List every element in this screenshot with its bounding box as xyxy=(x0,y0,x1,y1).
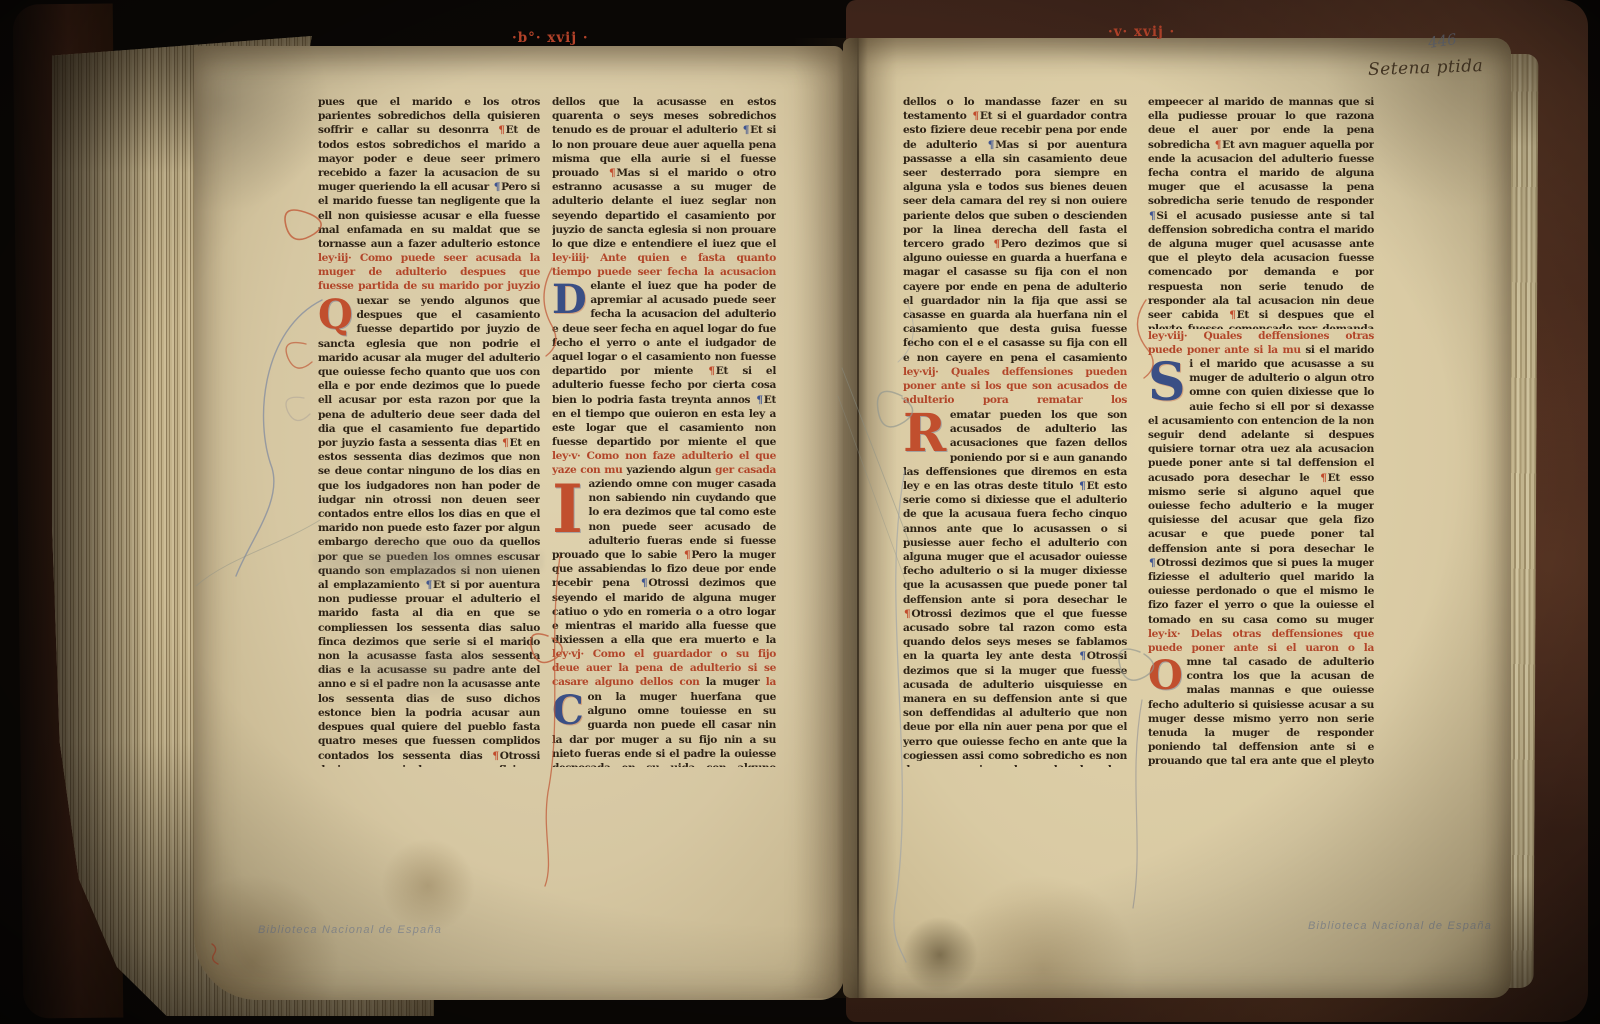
body-text: Et esto serie como si dixiesse que el ad… xyxy=(903,480,1127,606)
paragraph-mark: ¶ xyxy=(755,394,763,406)
manuscript-text-block: ley·ix· Delas otras deffensiones que pue… xyxy=(1148,627,1374,655)
manuscript-text-block: ley·vij· Quales deffensiones pueden pone… xyxy=(903,365,1127,408)
manuscript-text-block: Con la muger huerfana que alguno omne to… xyxy=(552,690,776,767)
paragraph-mark: ¶ xyxy=(491,750,499,762)
manuscript-text-block: Si el marido que acusasse a su muger de … xyxy=(1148,357,1374,627)
paragraph-mark: ¶ xyxy=(992,238,1000,250)
manuscript-text-block: dellos o lo mandasse fazer en su testame… xyxy=(903,95,1127,365)
paragraph-mark: ¶ xyxy=(972,110,980,122)
illuminated-initial-I: I xyxy=(552,478,583,540)
body-text: Otrossi dezimos que si la muger que fues… xyxy=(903,650,1127,767)
library-watermark-right: Biblioteca Nacional de España xyxy=(1308,920,1492,932)
text-column-left-a: pues que el marido e los otros parientes… xyxy=(318,95,540,767)
manuscript-text-block: Omne tal casado de adulterio contra los … xyxy=(1148,655,1374,767)
manuscript-text-block: Quexar se yendo algunos que despues que … xyxy=(318,294,540,767)
paragraph-mark: ¶ xyxy=(707,365,715,377)
paragraph-mark: ¶ xyxy=(497,124,505,136)
rubric-text: ley·vij· Quales deffensiones pueden pone… xyxy=(903,366,1127,408)
body-text: Et en estos sessenta dias dezimos que no… xyxy=(318,437,540,591)
manuscript-text-block: Rematar pueden los que son acusados de a… xyxy=(903,408,1127,767)
paragraph-mark: ¶ xyxy=(1078,480,1086,492)
manuscript-text-block: ley·v· Como non faze adulterio el que ya… xyxy=(552,449,776,477)
library-watermark-left: Biblioteca Nacional de España xyxy=(258,924,442,936)
body-text: si el marido xyxy=(1305,344,1374,356)
body-text: Mas si el marido o otro estranno acusass… xyxy=(552,167,776,251)
text-column-right-a: dellos o lo mandasse fazer en su testame… xyxy=(903,95,1127,767)
manuscript-text-block: ley·viij· Quales deffensiones otras pued… xyxy=(1148,329,1374,357)
manuscript-text-block: ley·vj· Como el guardador o su fijo deue… xyxy=(552,647,776,690)
paragraph-mark: ¶ xyxy=(425,579,433,591)
rubric-text: ley·ix· Delas otras deffensiones que pue… xyxy=(1148,628,1374,655)
paragraph-mark: ¶ xyxy=(493,181,501,193)
body-text: Mas si por auentura passasse a ella sin … xyxy=(903,139,1127,250)
section-title: Setena ptida xyxy=(1368,56,1484,80)
illuminated-initial-Q: Q xyxy=(318,295,353,335)
paragraph-mark: ¶ xyxy=(1228,309,1236,321)
running-header-left: ·b°· xvij · xyxy=(512,30,589,46)
illuminated-initial-D: D xyxy=(552,280,586,320)
rubric-text: ley·iiij· Ante quien e fasta quanto tiem… xyxy=(552,252,776,279)
illuminated-initial-R: R xyxy=(903,409,946,459)
manuscript-text-block: dellos que la acusasse en estos quarenta… xyxy=(552,95,776,251)
manuscript-text-block: ley·iij· Como puede seer acusada la muge… xyxy=(318,251,540,294)
illuminated-initial-O: O xyxy=(1148,656,1183,696)
paragraph-mark: ¶ xyxy=(987,139,995,151)
paragraph-mark: ¶ xyxy=(742,124,750,136)
manuscript-text-block: pues que el marido e los otros parientes… xyxy=(318,95,540,251)
body-text: Si el acusado pusiesse ante si tal deffe… xyxy=(1148,210,1374,321)
running-header-right: ·v· xvij · xyxy=(1108,24,1175,40)
rubric-text: ley·iij· Como puede seer acusada la muge… xyxy=(318,252,540,294)
body-text: Et si por auentura non pudiesse prouar e… xyxy=(318,579,540,761)
paragraph-mark: ¶ xyxy=(1319,472,1327,484)
manuscript-photo: pues que el marido e los otros parientes… xyxy=(0,0,1600,1024)
paragraph-mark: ¶ xyxy=(1214,139,1222,151)
text-column-left-b: dellos que la acusasse en estos quarenta… xyxy=(552,95,776,767)
illuminated-initial-S: S xyxy=(1148,358,1185,408)
body-text: la muger xyxy=(706,676,766,688)
manuscript-text-block: Delante el iuez que ha poder de apremiar… xyxy=(552,279,776,449)
paragraph-mark: ¶ xyxy=(501,437,509,449)
body-text: on la muger huerfana que alguno omne tou… xyxy=(552,691,776,767)
body-text: yaziendo algun xyxy=(626,464,715,476)
manuscript-text-block: empeecer al marido de mannas que si ella… xyxy=(1148,95,1374,329)
paragraph-mark: ¶ xyxy=(1078,650,1086,662)
body-text: Otrossi dezimos que si pues la muger fiz… xyxy=(1148,557,1374,627)
text-column-right-b: empeecer al marido de mannas que si ella… xyxy=(1148,95,1374,767)
illuminated-initial-C: C xyxy=(552,691,584,731)
manuscript-text-block: Iaziendo omne con muger casada non sabie… xyxy=(552,477,776,647)
body-text: Pero dezimos que si alguno ouiesse en gu… xyxy=(903,238,1127,365)
manuscript-text-block: ley·iiij· Ante quien e fasta quanto tiem… xyxy=(552,251,776,279)
body-text: Et esso mismo serie si alguno aquel que … xyxy=(1148,472,1374,555)
